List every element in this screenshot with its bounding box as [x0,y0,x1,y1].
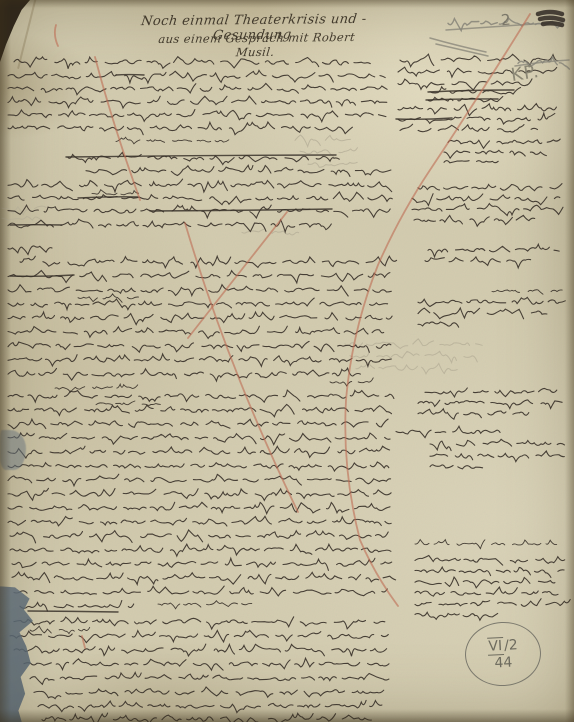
pencil-initials: KP. [510,61,542,86]
corner-page-number: 2 [500,11,511,30]
ink-blot [538,12,563,25]
archival-fraction-rest: /2 [504,637,518,654]
archival-roman-numeral: VI [487,637,504,656]
ink-handwriting-lines [8,54,570,722]
archival-number-bottom: 44 [494,655,513,672]
verso-bleedthrough-lines [2,135,482,374]
red-deletion-strokes [55,14,530,648]
archival-number-top: VI/2 [487,636,518,656]
handwriting-layer [0,0,574,722]
manuscript-page: Noch einmal Theaterkrisis und - Gesundun… [0,0,574,722]
ink-strikethroughs [10,75,514,612]
grey-smudge-left-edge [0,430,26,470]
title-line-2: aus einem Gespräch mit Robert Musil. [148,30,363,60]
